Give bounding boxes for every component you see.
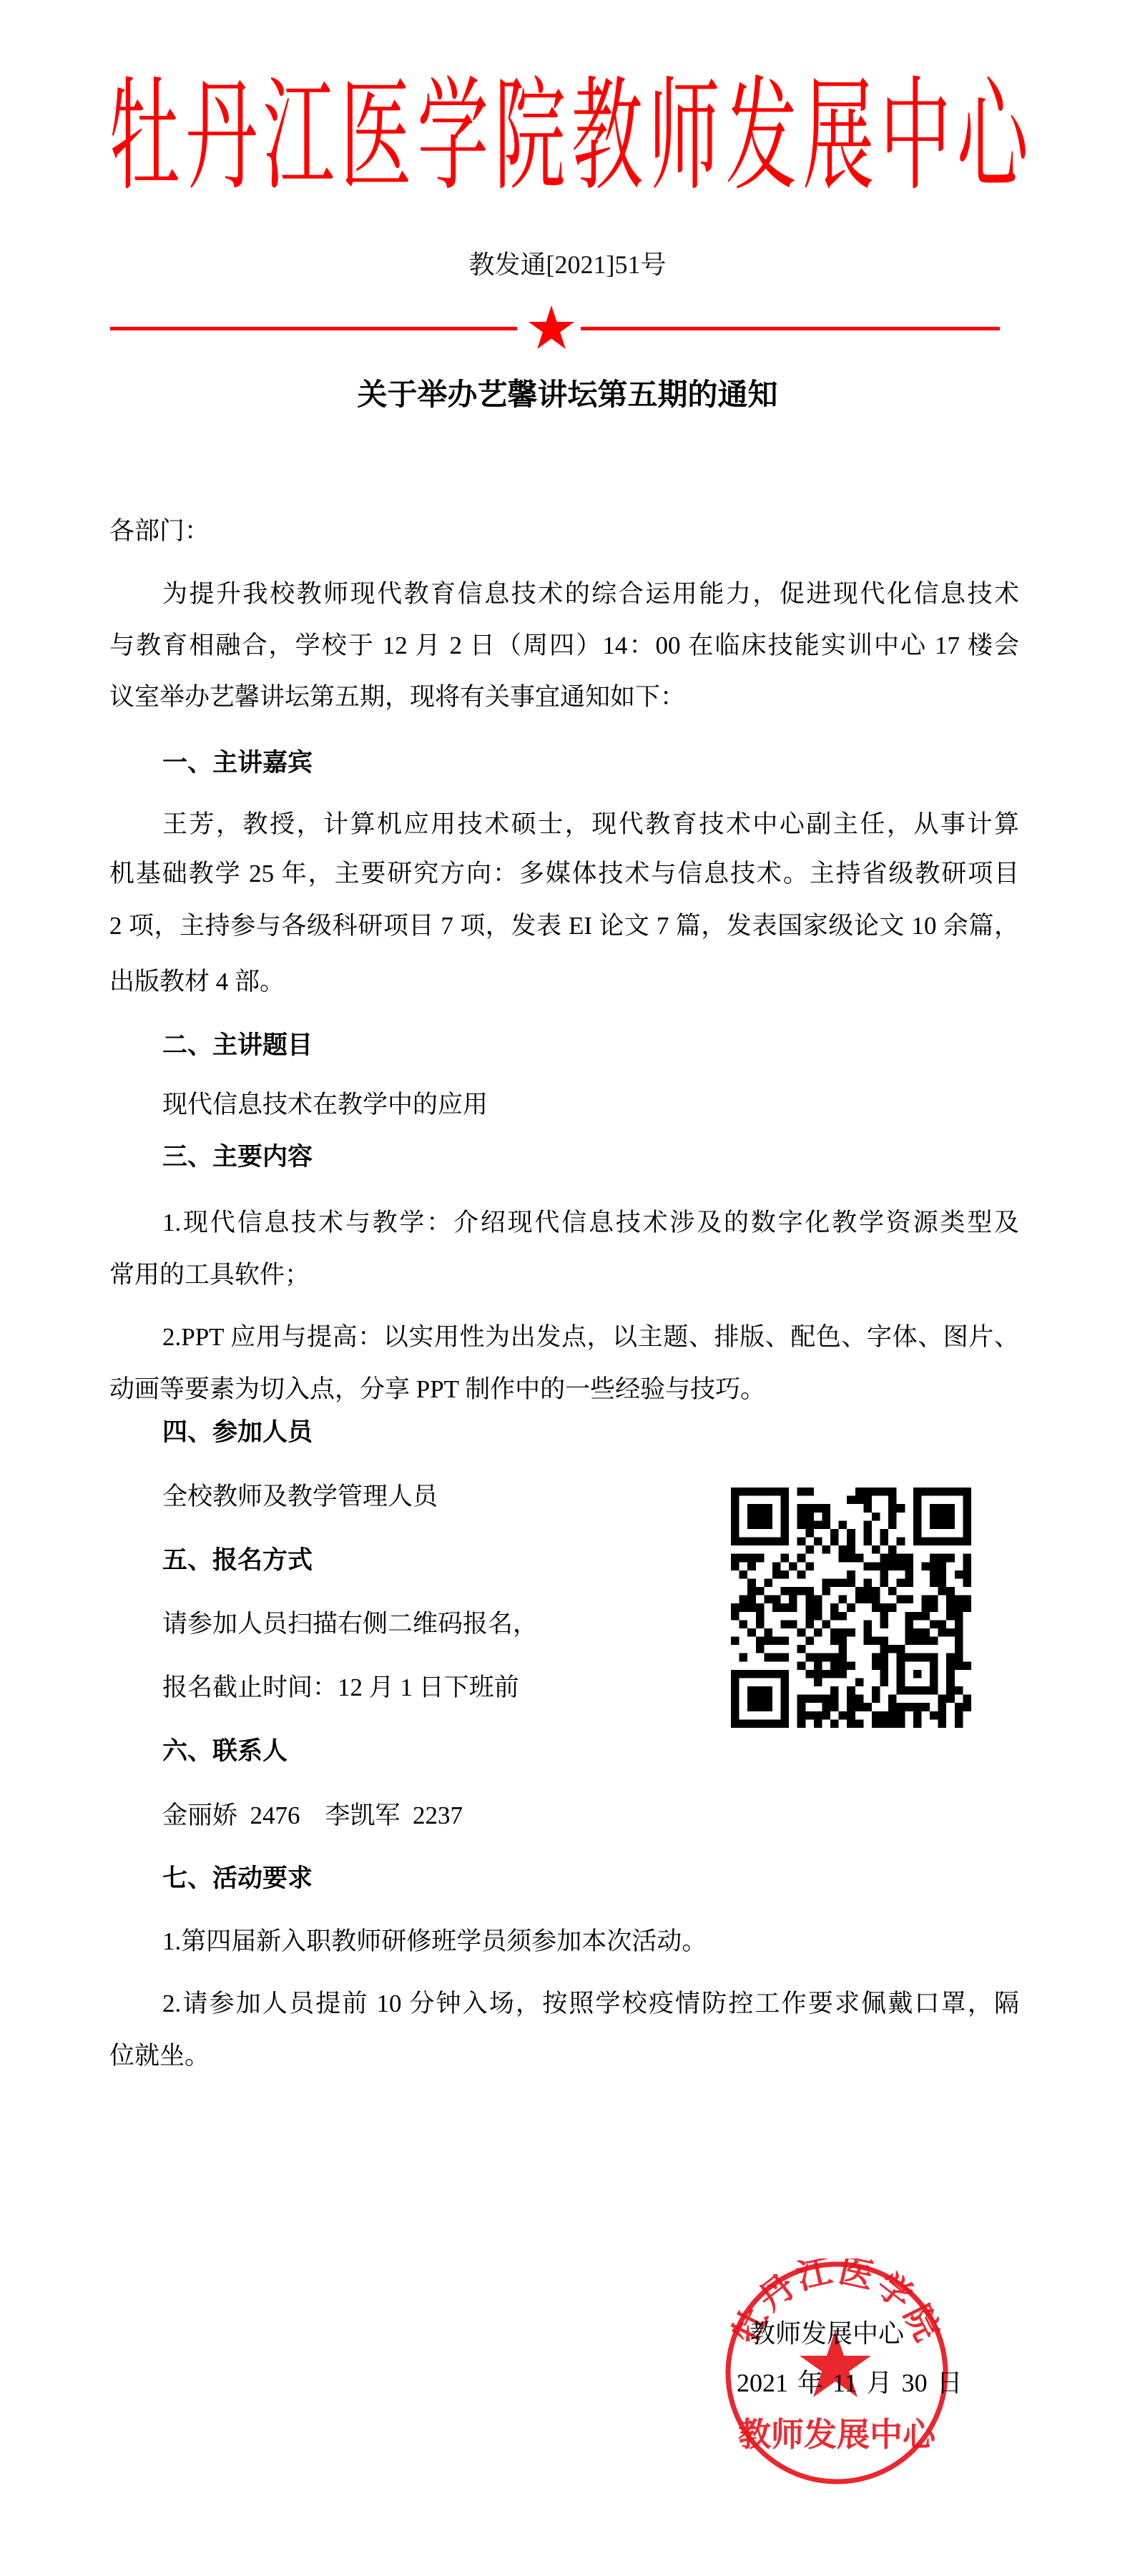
section-heading-participants: 四、参加人员: [162, 1417, 313, 1448]
speaker-bio-line: 2 项，主持参与各级科研项目 7 项，发表 EI 论文 7 篇，发表国家级论文 …: [109, 910, 1019, 942]
requirement-line: 1.第四届新入职教师研修班学员须参加本次活动。: [162, 1926, 707, 1957]
masthead-char: 心: [955, 75, 1030, 198]
requirement-line: 2.请参加人员提前 10 分钟入场，按照学校疫情防控工作要求佩戴口罩，隔: [162, 1988, 1019, 2020]
section-heading-topic: 二、主讲题目: [162, 1030, 313, 1061]
section-heading-content: 三、主要内容: [162, 1141, 313, 1173]
intro-line: 与教育相融合，学校于 12 月 2 日（周四）14：00 在临床技能实训中心 1…: [109, 630, 1019, 662]
section-heading-contacts: 六、联系人: [162, 1736, 288, 1767]
notice-title: 关于举办艺馨讲坛第五期的通知: [0, 378, 1135, 413]
masthead-char: 发: [724, 75, 799, 198]
divider-line-left: [110, 327, 517, 330]
section-heading-speaker: 一、主讲嘉宾: [162, 747, 313, 779]
masthead-char: 丹: [185, 75, 259, 198]
requirement-line: 位就坐。: [109, 2040, 210, 2072]
participants: 全校教师及教学管理人员: [162, 1481, 438, 1513]
org-masthead: 牡 丹 江 医 学 院 教 师 发 展 中 心: [107, 69, 1030, 205]
intro-line: 议室举办艺馨讲坛第五期，现将有关事宜通知如下：: [109, 682, 685, 713]
masthead-char: 医: [338, 75, 413, 198]
contacts: 金丽娇 2476 李凯军 2237: [162, 1800, 463, 1832]
content-line: 常用的工具软件；: [109, 1259, 310, 1291]
masthead-char: 中: [878, 75, 953, 198]
registration-instruction: 请参加人员扫描右侧二维码报名，: [162, 1608, 538, 1640]
section-heading-registration: 五、报名方式: [162, 1545, 313, 1576]
divider-line-right: [581, 327, 1000, 330]
salutation: 各部门：: [109, 516, 210, 547]
content-line: 动画等要素为切入点，分享 PPT 制作中的一些经验与技巧。: [109, 1374, 765, 1405]
masthead-char: 展: [801, 75, 875, 198]
speaker-bio-line: 机基础教学 25 年，主要研究方向：多媒体技术与信息技术。主持省级教研项目: [109, 858, 1019, 890]
masthead-char: 江: [262, 75, 336, 198]
registration-deadline: 报名截止时间：12 月 1 日下班前: [162, 1672, 519, 1704]
red-star-icon: [529, 305, 574, 350]
document-number: 教发通[2021]51号: [0, 250, 1135, 279]
section-heading-requirements: 七、活动要求: [162, 1863, 313, 1894]
masthead-char: 教: [570, 75, 644, 198]
speaker-bio-line: 出版教材 4 部。: [109, 966, 285, 998]
content-line: 1.现代信息技术与教学：介绍现代信息技术涉及的数字化教学资源类型及: [162, 1207, 1019, 1239]
masthead-char: 院: [493, 75, 567, 198]
speaker-bio-line: 王芳，教授，计算机应用技术硕士，现代教育技术中心副主任，从事计算: [162, 809, 1019, 840]
notice-document: 牡 丹 江 医 学 院 教 师 发 展 中 心 教发通[2021]51号 关于举…: [0, 0, 1135, 2576]
content-line: 2.PPT 应用与提高：以实用性为出发点，以主题、排版、配色、字体、图片、: [162, 1322, 1019, 1353]
masthead-char: 师: [647, 75, 722, 198]
signoff-date: 2021 年 11 月 30 日: [737, 2369, 963, 2397]
seal-bottom-text: 教师发展中心: [738, 2415, 937, 2454]
masthead-char: 学: [416, 75, 490, 198]
masthead-char: 牡: [107, 75, 182, 198]
intro-line: 为提升我校教师现代教育信息技术的综合运用能力，促进现代化信息技术: [162, 579, 1019, 610]
qr-code-icon[interactable]: [731, 1488, 971, 1728]
lecture-topic: 现代信息技术在教学中的应用: [162, 1089, 488, 1121]
signoff-org: 教师发展中心: [750, 2319, 904, 2348]
